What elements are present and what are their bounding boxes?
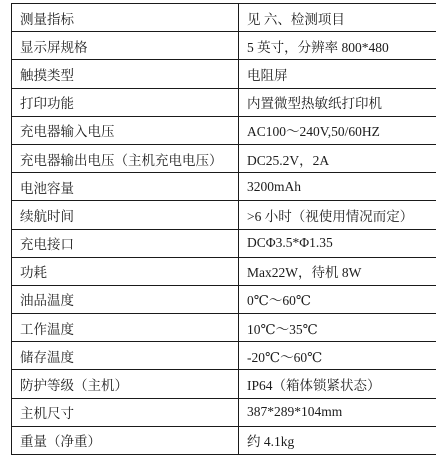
spec-label-cell: 充电器输出电压（主机充电电压）: [12, 144, 239, 172]
table-row: 重量（净重） 约 4.1kg: [12, 426, 436, 454]
table-row: 油品温度 0℃～60℃: [12, 285, 436, 313]
spec-value-cell: -20℃～60℃: [239, 342, 436, 370]
spec-label-cell: 功耗: [12, 257, 239, 285]
table-row: 显示屏规格 5 英寸，分辨率 800*480: [12, 32, 436, 60]
spec-value-cell: AC100～240V,50/60HZ: [239, 116, 436, 144]
spec-value-cell: 电阻屏: [239, 60, 436, 88]
spec-value-cell: >6 小时（视使用情况而定）: [239, 201, 436, 229]
spec-label-cell: 油品温度: [12, 285, 239, 313]
spec-value-cell: 387*289*104mm: [239, 398, 436, 426]
table-row: 防护等级（主机） IP64（箱体锁紧状态）: [12, 370, 436, 398]
spec-label-cell: 工作温度: [12, 314, 239, 342]
spec-value-cell: 约 4.1kg: [239, 426, 436, 454]
table-row: 续航时间 >6 小时（视使用情况而定）: [12, 201, 436, 229]
spec-value-cell: Max22W，待机 8W: [239, 257, 436, 285]
specification-table: 测量指标 见 六、检测项目 显示屏规格 5 英寸，分辨率 800*480 触摸类…: [11, 3, 436, 455]
spec-label-cell: 续航时间: [12, 201, 239, 229]
spec-label-cell: 重量（净重）: [12, 426, 239, 454]
table-row: 功耗 Max22W，待机 8W: [12, 257, 436, 285]
table-row: 充电接口 DCΦ3.5*Φ1.35: [12, 229, 436, 257]
table-row: 触摸类型 电阻屏: [12, 60, 436, 88]
spec-value-cell: 内置微型热敏纸打印机: [239, 88, 436, 116]
spec-value-cell: IP64（箱体锁紧状态）: [239, 370, 436, 398]
spec-value-cell: DC25.2V，2A: [239, 144, 436, 172]
spec-value-cell: DCΦ3.5*Φ1.35: [239, 229, 436, 257]
table-row: 电池容量 3200mAh: [12, 173, 436, 201]
table-row: 打印功能 内置微型热敏纸打印机: [12, 88, 436, 116]
spec-value-cell: 5 英寸，分辨率 800*480: [239, 32, 436, 60]
spec-value-cell: 0℃～60℃: [239, 285, 436, 313]
spec-value-cell: 10℃～35℃: [239, 314, 436, 342]
table-row: 测量指标 见 六、检测项目: [12, 4, 436, 32]
table-row: 储存温度 -20℃～60℃: [12, 342, 436, 370]
spec-value-cell: 3200mAh: [239, 173, 436, 201]
document-page: 测量指标 见 六、检测项目 显示屏规格 5 英寸，分辨率 800*480 触摸类…: [0, 0, 436, 472]
spec-label-cell: 打印功能: [12, 88, 239, 116]
spec-label-cell: 充电接口: [12, 229, 239, 257]
spec-label-cell: 储存温度: [12, 342, 239, 370]
spec-label-cell: 主机尺寸: [12, 398, 239, 426]
spec-label-cell: 电池容量: [12, 173, 239, 201]
spec-label-cell: 测量指标: [12, 4, 239, 32]
spec-label-cell: 防护等级（主机）: [12, 370, 239, 398]
spec-label-cell: 显示屏规格: [12, 32, 239, 60]
specification-table-body: 测量指标 见 六、检测项目 显示屏规格 5 英寸，分辨率 800*480 触摸类…: [12, 4, 436, 455]
spec-label-cell: 充电器输入电压: [12, 116, 239, 144]
table-row: 充电器输出电压（主机充电电压） DC25.2V，2A: [12, 144, 436, 172]
spec-label-cell: 触摸类型: [12, 60, 239, 88]
spec-value-cell: 见 六、检测项目: [239, 4, 436, 32]
table-row: 充电器输入电压 AC100～240V,50/60HZ: [12, 116, 436, 144]
table-row: 主机尺寸 387*289*104mm: [12, 398, 436, 426]
table-row: 工作温度 10℃～35℃: [12, 314, 436, 342]
